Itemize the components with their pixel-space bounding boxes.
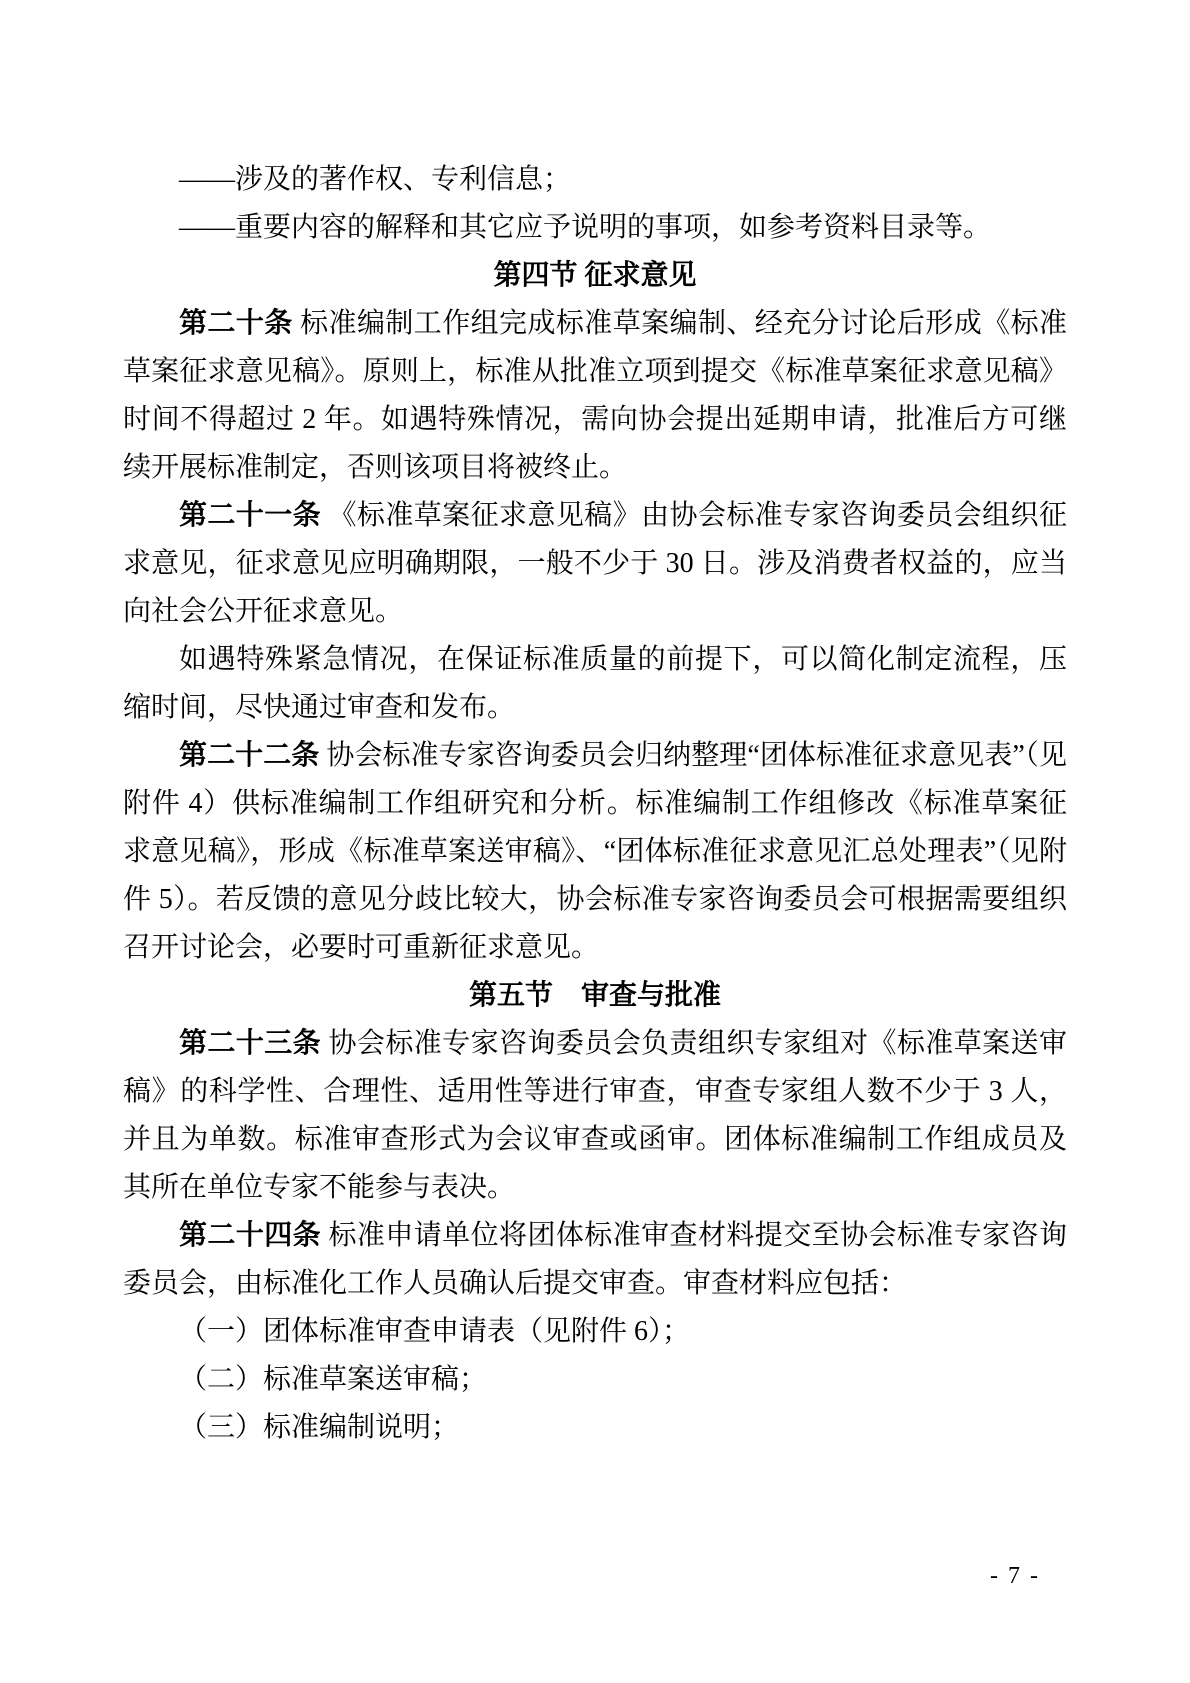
article-number: 第二十二条 — [179, 740, 319, 771]
paragraph: 第二十二条 协会标准专家咨询委员会归纳整理“团体标准征求意见表”（见附件 4）供… — [123, 732, 1067, 972]
list-item: （一）团体标准审查申请表（见附件 6）； — [123, 1308, 1067, 1356]
article-number: 第二十一条 — [179, 500, 321, 531]
paragraph: 第二十条 标准编制工作组完成标准草案编制、经充分讨论后形成《标准草案征求意见稿》… — [123, 300, 1067, 492]
article-number: 第二十四条 — [179, 1220, 321, 1251]
article-number: 第二十条 — [179, 308, 293, 339]
paragraph: 如遇特殊紧急情况，在保证标准质量的前提下，可以简化制定流程，压缩时间，尽快通过审… — [123, 636, 1067, 732]
page-number: - 7 - — [990, 1564, 1040, 1588]
document-body: ——涉及的著作权、专利信息；——重要内容的解释和其它应予说明的事项，如参考资料目… — [123, 156, 1067, 1452]
article-number: 第二十三条 — [179, 1028, 321, 1059]
list-item: （二）标准草案送审稿； — [123, 1356, 1067, 1404]
paragraph: ——涉及的著作权、专利信息； — [123, 156, 1067, 204]
section-heading: 第五节 审查与批准 — [123, 972, 1067, 1020]
paragraph: 第二十一条 《标准草案征求意见稿》由协会标准专家咨询委员会组织征求意见，征求意见… — [123, 492, 1067, 636]
paragraph: ——重要内容的解释和其它应予说明的事项，如参考资料目录等。 — [123, 204, 1067, 252]
list-item: （三）标准编制说明； — [123, 1404, 1067, 1452]
section-heading: 第四节 征求意见 — [123, 252, 1067, 300]
paragraph: 第二十三条 协会标准专家咨询委员会负责组织专家组对《标准草案送审稿》的科学性、合… — [123, 1020, 1067, 1212]
document-page: ——涉及的著作权、专利信息；——重要内容的解释和其它应予说明的事项，如参考资料目… — [0, 0, 1190, 1683]
paragraph: 第二十四条 标准申请单位将团体标准审查材料提交至协会标准专家咨询委员会，由标准化… — [123, 1212, 1067, 1308]
